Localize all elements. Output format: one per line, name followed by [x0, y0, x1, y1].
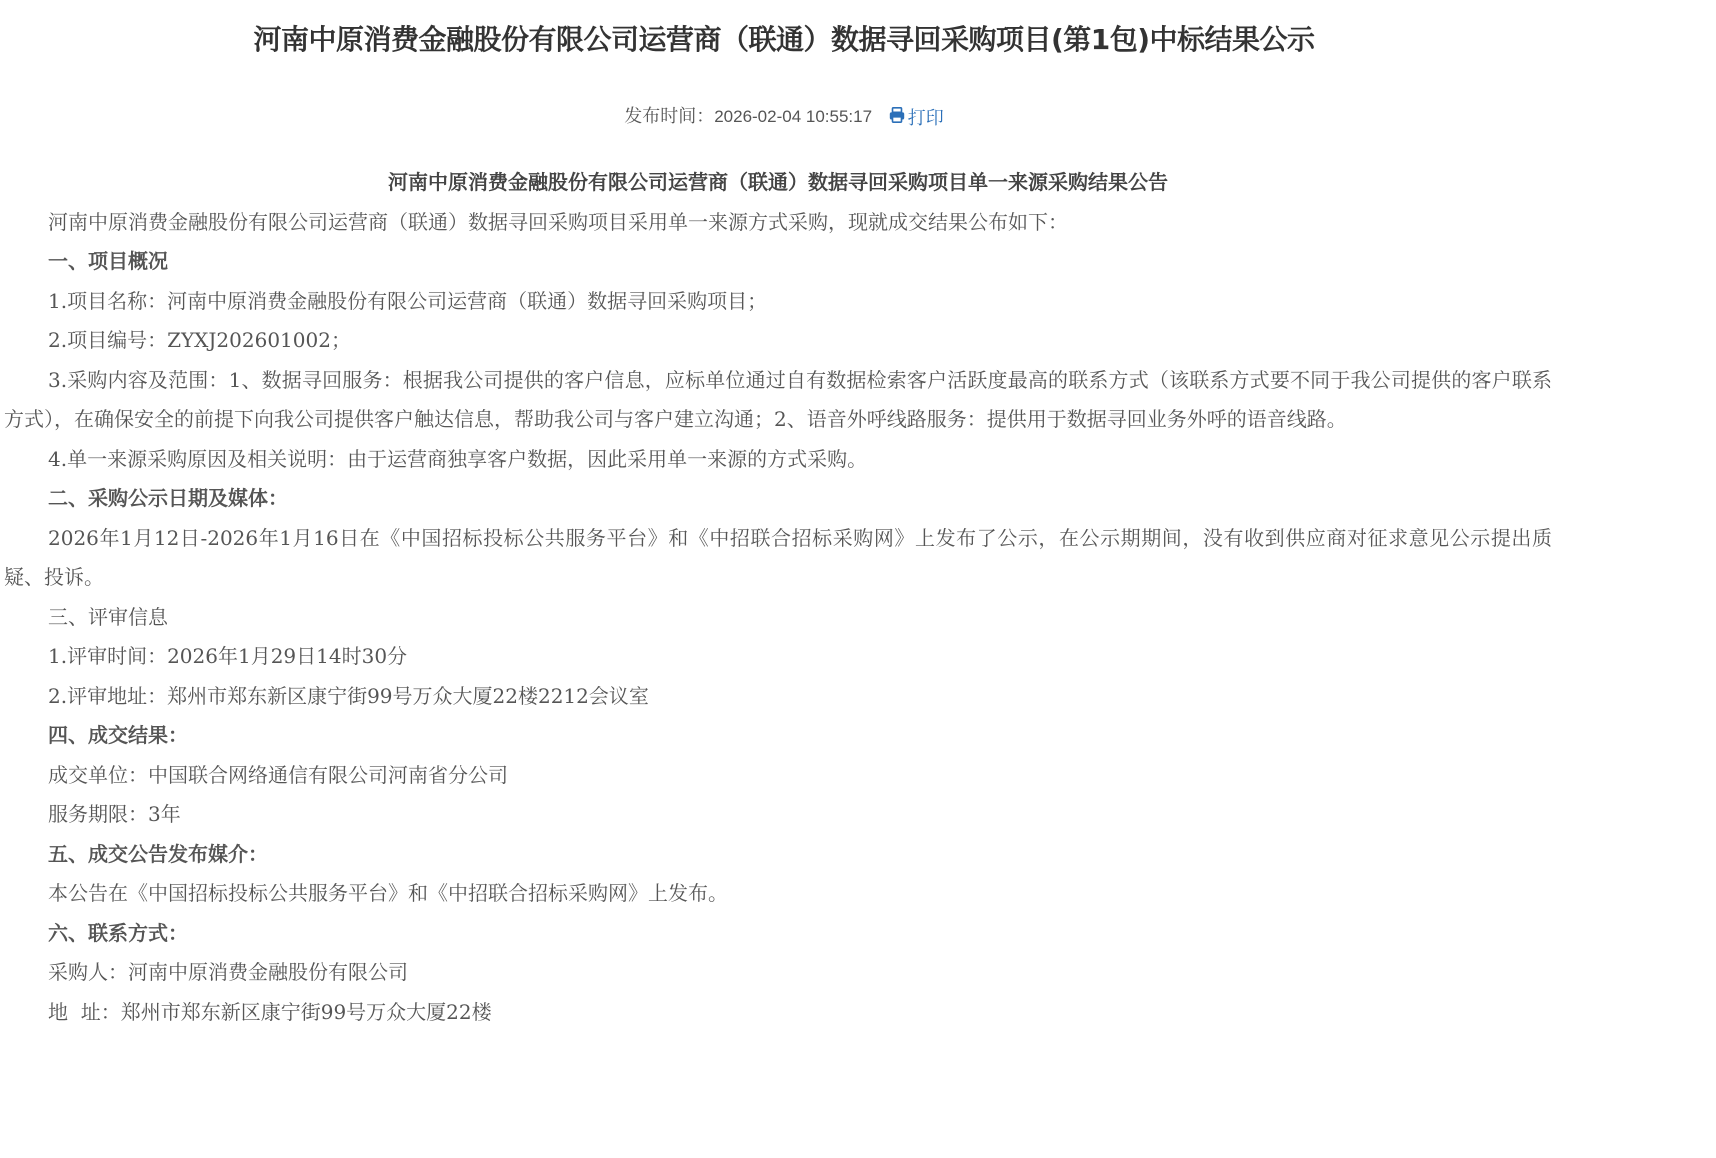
section-heading-overview: 一、项目概况: [4, 242, 1552, 282]
service-term: 服务期限：3年: [4, 795, 1552, 835]
printer-icon: [888, 106, 906, 127]
single-source-reason: 4.单一来源采购原因及相关说明：由于运营商独享客户数据，因此采用单一来源的方式采…: [4, 440, 1552, 480]
publicity-paragraph: 2026年1月12日-2026年1月16日在《中国招标投标公共服务平台》和《中招…: [4, 519, 1552, 598]
publish-label: 发布时间：: [624, 106, 714, 127]
review-address: 2.评审地址：郑州市郑东新区康宁街99号万众大厦22楼2212会议室: [4, 677, 1552, 717]
media-paragraph: 本公告在《中国招标投标公共服务平台》和《中招联合招标采购网》上发布。: [4, 874, 1552, 914]
page-title: 河南中原消费金融股份有限公司运营商（联通）数据寻回采购项目(第1包)中标结果公示: [0, 18, 1568, 58]
project-number: 2.项目编号：ZYXJ202601002；: [4, 321, 1552, 361]
section-heading-contact: 六、联系方式：: [4, 914, 1552, 954]
purchaser: 采购人：河南中原消费金融股份有限公司: [4, 953, 1552, 993]
winning-unit: 成交单位：中国联合网络通信有限公司河南省分公司: [4, 756, 1552, 796]
section-heading-media: 五、成交公告发布媒介：: [4, 835, 1552, 875]
print-label: 打印: [908, 104, 944, 130]
review-time: 1.评审时间：2026年1月29日14时30分: [4, 637, 1552, 677]
print-button[interactable]: 打印: [888, 104, 944, 130]
publish-meta: 发布时间：2026-02-04 10:55:17 打印: [0, 102, 1568, 130]
section-heading-review: 三、评审信息: [4, 598, 1552, 638]
procurement-scope: 3.采购内容及范围：1、数据寻回服务：根据我公司提供的客户信息，应标单位通过自有…: [4, 361, 1552, 440]
section-heading-result: 四、成交结果：: [4, 716, 1552, 756]
article-body: 河南中原消费金融股份有限公司运营商（联通）数据寻回采购项目单一来源采购结果公告 …: [4, 163, 1552, 1032]
intro-paragraph: 河南中原消费金融股份有限公司运营商（联通）数据寻回采购项目采用单一来源方式采购，…: [4, 203, 1552, 243]
publish-time: 2026-02-04 10:55:17: [714, 107, 872, 126]
project-name: 1.项目名称：河南中原消费金融股份有限公司运营商（联通）数据寻回采购项目；: [4, 282, 1552, 322]
purchaser-address: 地 址：郑州市郑东新区康宁街99号万众大厦22楼: [4, 993, 1552, 1033]
section-heading-publicity: 二、采购公示日期及媒体：: [4, 479, 1552, 519]
article-subtitle: 河南中原消费金融股份有限公司运营商（联通）数据寻回采购项目单一来源采购结果公告: [4, 163, 1552, 203]
